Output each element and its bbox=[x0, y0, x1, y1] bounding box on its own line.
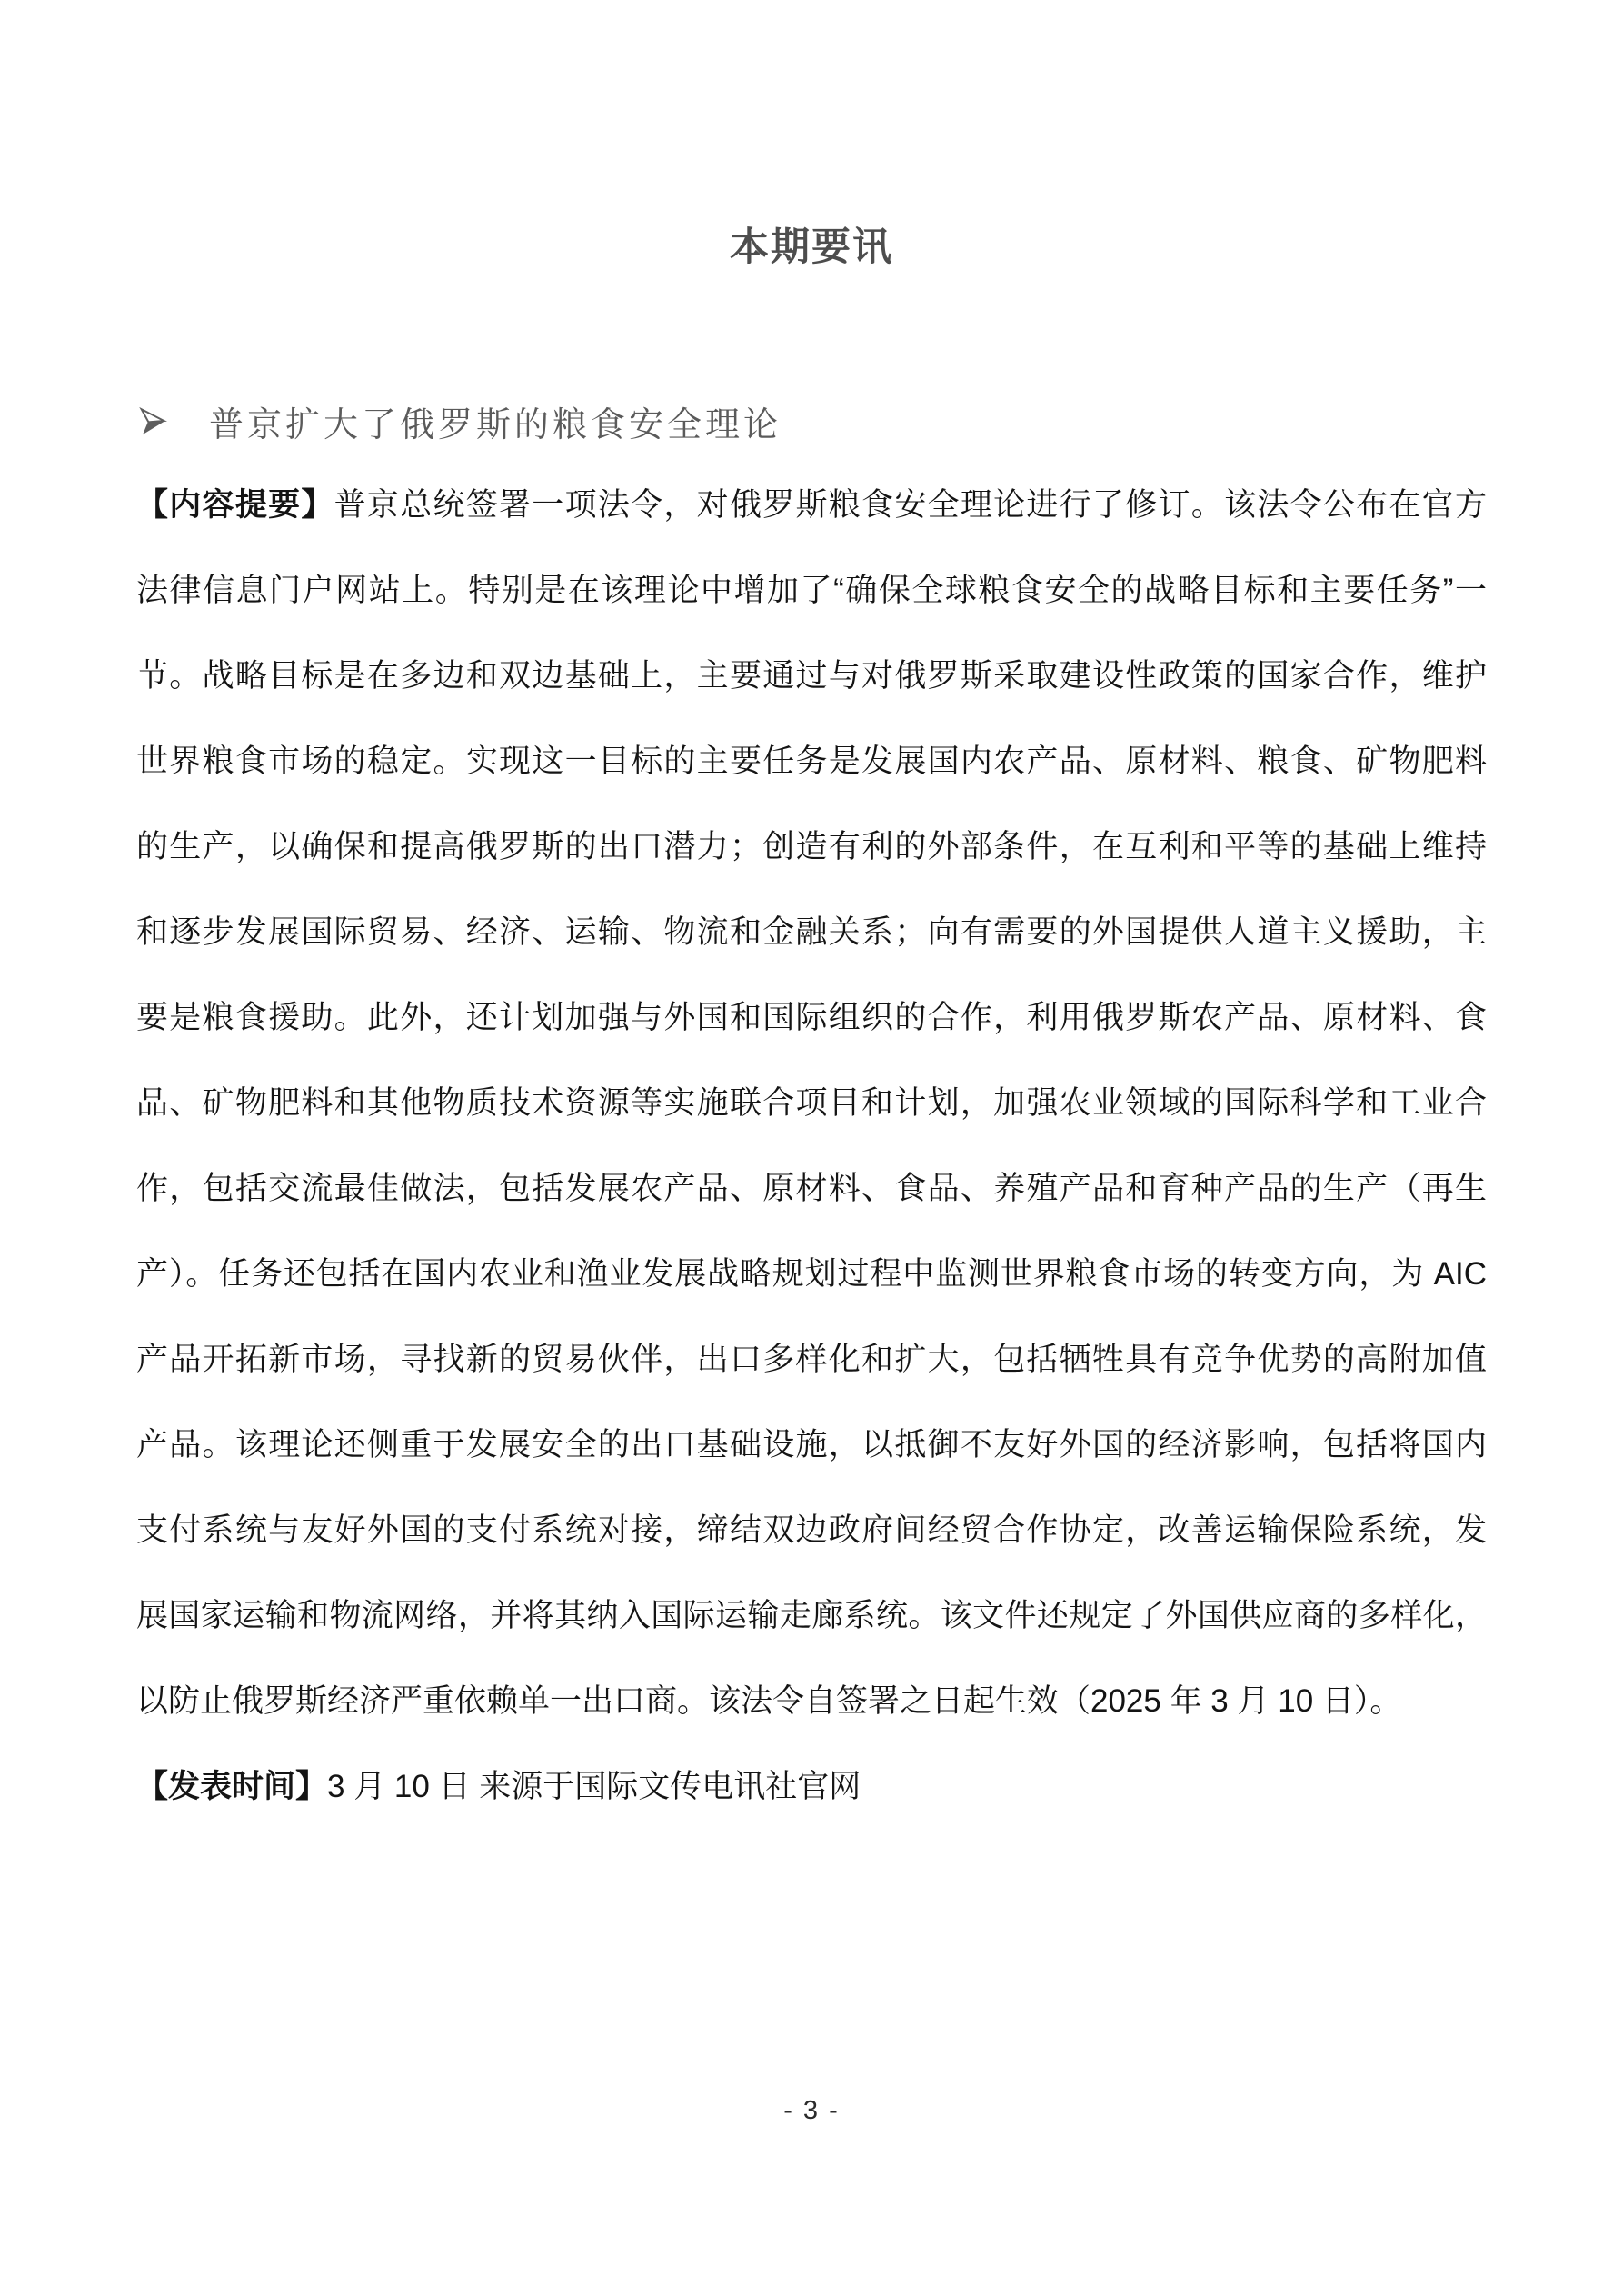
summary-line: 品、矿物肥料和其他物质技术资源等实施联合项目和计划，加强农业领域的国际科学和工业… bbox=[136, 1061, 1487, 1146]
summary-line: 产）。任务还包括在国内农业和渔业发展战略规划过程中监测世界粮食市场的转变方向，为… bbox=[136, 1232, 1487, 1317]
published-line: 【发表时间】3 月 10 日 来源于国际文传电讯社官网 bbox=[136, 1744, 1487, 1830]
summary-line: 要是粮食援助。此外，还计划加强与外国和国际组织的合作，利用俄罗斯农产品、原材料、… bbox=[136, 975, 1487, 1061]
summary-line: 产品。该理论还侧重于发展安全的出口基础设施，以抵御不友好外国的经济影响，包括将国… bbox=[136, 1403, 1487, 1488]
summary-line: 世界粮食市场的稳定。实现这一目标的主要任务是发展国内农产品、原材料、粮食、矿物肥… bbox=[136, 719, 1487, 804]
three-d-arrowhead-icon bbox=[136, 405, 167, 436]
summary-line-first-text: 普京总统签署一项法令，对俄罗斯粮食安全理论进行了修订。该法令公布在官方 bbox=[334, 487, 1487, 523]
page-title: 本期要讯 bbox=[0, 222, 1623, 273]
published-label: 【发表时间】 bbox=[136, 1769, 327, 1804]
summary-line: 和逐步发展国际贸易、经济、运输、物流和金融关系；向有需要的外国提供人道主义援助，… bbox=[136, 890, 1487, 975]
summary-paragraph: 【内容提要】普京总统签署一项法令，对俄罗斯粮食安全理论进行了修订。该法令公布在官… bbox=[136, 463, 1487, 1744]
article-headline: 普京扩大了俄罗斯的粮食安全理论 bbox=[209, 396, 782, 446]
summary-line: 展国家运输和物流网络，并将其纳入国际运输走廊系统。该文件还规定了外国供应商的多样… bbox=[136, 1573, 1487, 1659]
published-text: 3 月 10 日 来源于国际文传电讯社官网 bbox=[327, 1769, 861, 1804]
summary-label: 【内容提要】 bbox=[136, 487, 334, 523]
document-page: 本期要讯 普京扩大了俄罗斯的粮食安全理论 【内容提要】普京总统签署一项法令，对俄… bbox=[0, 0, 1623, 2296]
summary-line-first: 【内容提要】普京总统签署一项法令，对俄罗斯粮食安全理论进行了修订。该法令公布在官… bbox=[136, 463, 1487, 548]
summary-line: 节。战略目标是在多边和双边基础上，主要通过与对俄罗斯采取建设性政策的国家合作，维… bbox=[136, 634, 1487, 719]
article-body: 【内容提要】普京总统签署一项法令，对俄罗斯粮食安全理论进行了修订。该法令公布在官… bbox=[136, 463, 1487, 1830]
article-headline-row: 普京扩大了俄罗斯的粮食安全理论 bbox=[136, 398, 782, 444]
summary-line: 产品开拓新市场，寻找新的贸易伙伴，出口多样化和扩大，包括牺牲具有竞争优势的高附加… bbox=[136, 1317, 1487, 1403]
summary-line: 以防止俄罗斯经济严重依赖单一出口商。该法令自签署之日起生效（2025 年 3 月… bbox=[136, 1659, 1487, 1744]
summary-line: 法律信息门户网站上。特别是在该理论中增加了“确保全球粮食安全的战略目标和主要任务… bbox=[136, 548, 1487, 634]
summary-line: 作，包括交流最佳做法，包括发展农产品、原材料、食品、养殖产品和育种产品的生产（再… bbox=[136, 1146, 1487, 1232]
summary-line: 的生产，以确保和提高俄罗斯的出口潜力；创造有利的外部条件，在互利和平等的基础上维… bbox=[136, 804, 1487, 890]
page-number: - 3 - bbox=[0, 2091, 1623, 2131]
summary-line: 支付系统与友好外国的支付系统对接，缔结双边政府间经贸合作协定，改善运输保险系统，… bbox=[136, 1488, 1487, 1573]
